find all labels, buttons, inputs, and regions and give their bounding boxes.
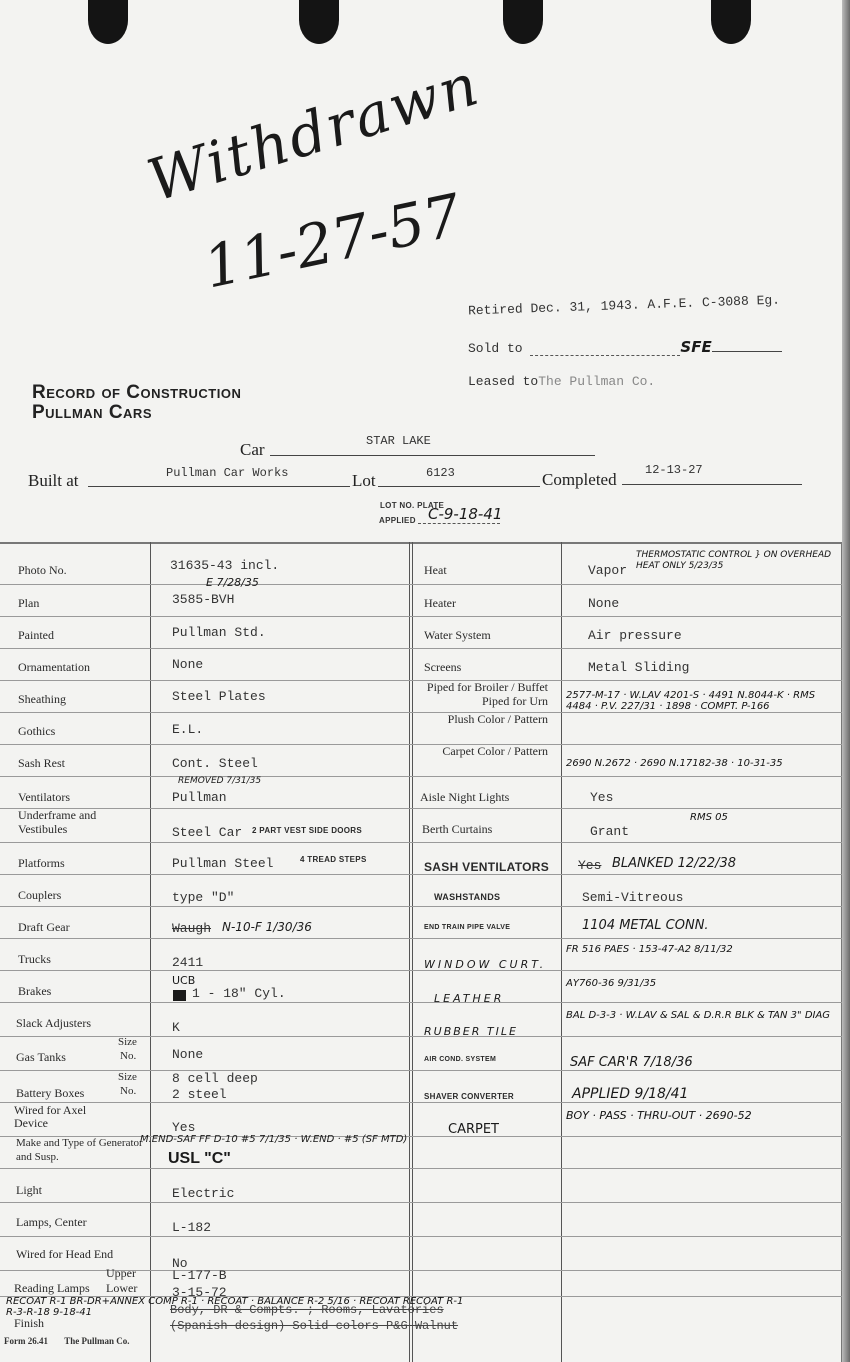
label-painted: Painted xyxy=(18,628,54,643)
value-brakes: 1 - 18" Cyl. xyxy=(192,986,286,1001)
label-underframe: Underframe and Vestibules xyxy=(18,808,138,836)
label-berth-curtains: Berth Curtains xyxy=(422,822,492,837)
label-carpet-2: CARPET xyxy=(448,1122,499,1137)
value-platforms: Pullman Steel xyxy=(172,856,273,871)
label-slack-adjusters: Slack Adjusters xyxy=(16,1016,91,1031)
label-leather: LEATHER xyxy=(434,992,504,1005)
note-sash-ventilators: BLANKED 12/22/38 xyxy=(612,856,736,871)
label-gas-tanks: Gas Tanks xyxy=(16,1050,66,1065)
lot-plate-value: C-9-18-41 xyxy=(428,505,502,523)
retired-line: Retired Dec. 31, 1943. A.F.E. C-3088 Eg. xyxy=(468,293,780,319)
label-carpet: Carpet Color / Pattern xyxy=(418,744,548,758)
label-rubber-tile: RUBBER TILE xyxy=(424,1025,518,1038)
form-footer: Form 26.41 The Pullman Co. xyxy=(4,1336,130,1346)
label-ornamentation: Ornamentation xyxy=(18,660,90,675)
label-lamps-center: Lamps, Center xyxy=(16,1215,87,1230)
value-photo-no: 31635-43 incl. xyxy=(170,558,279,573)
value-water-system: Air pressure xyxy=(588,628,682,643)
redacted-block xyxy=(173,990,186,1001)
label-trucks: Trucks xyxy=(18,952,51,967)
note-window-curt: FR 516 PAES · 153-47-A2 8/11/32 xyxy=(566,944,838,955)
value-couplers: type "D" xyxy=(172,890,234,905)
lot-value: 6123 xyxy=(426,466,455,480)
label-heat: Heat xyxy=(424,563,447,578)
note-draft-gear: N-10-F 1/30/36 xyxy=(222,920,312,934)
built-at-value: Pullman Car Works xyxy=(166,466,288,480)
note-leather: AY760-36 9/31/35 xyxy=(566,978,838,989)
label-broiler-urn: Piped for Broiler / Buffet Piped for Urn xyxy=(418,680,548,708)
record-card: Withdrawn 11-27-57 Retired Dec. 31, 1943… xyxy=(0,0,842,1362)
label-end-train-pipe: END TRAIN PIPE VALVE xyxy=(424,924,510,931)
value-light: Electric xyxy=(172,1186,234,1201)
value-trucks: 2411 xyxy=(172,955,203,970)
value-draft-gear: Waugh xyxy=(172,921,211,936)
value-gothics: E.L. xyxy=(172,722,203,737)
label-light: Light xyxy=(16,1183,42,1198)
label-screens: Screens xyxy=(424,660,461,675)
value-lamps-center: L-182 xyxy=(172,1220,211,1235)
value-aisle-lights: Yes xyxy=(590,790,613,805)
note-heat: THERMOSTATIC CONTROL } ON OVERHEAD HEAT … xyxy=(636,550,836,572)
label-sash-rest: Sash Rest xyxy=(18,756,65,771)
label-aisle-lights: Aisle Night Lights xyxy=(420,790,509,805)
value-gas-tanks: None xyxy=(172,1047,203,1062)
binder-hole xyxy=(299,0,339,44)
label-brakes: Brakes xyxy=(18,984,51,999)
value-berth-curtains: Grant xyxy=(590,824,629,839)
note-platforms: 4 TREAD STEPS xyxy=(300,855,367,864)
value-battery-no: 2 steel xyxy=(172,1087,227,1102)
value-heater: None xyxy=(588,596,619,611)
applied-label: APPLIED xyxy=(379,516,416,525)
note-shaver-converter: APPLIED 9/18/41 xyxy=(572,1086,688,1102)
page-title: Record of Construction Pullman Cars xyxy=(32,383,241,423)
label-draft-gear: Draft Gear xyxy=(18,920,70,935)
note-berth-curtains: RMS 05 xyxy=(690,812,728,823)
label-lower: Lower xyxy=(106,1281,137,1296)
value-underframe: Steel Car xyxy=(172,825,242,840)
note-finish: RECOAT R-1 BR-DR+ANNEX COMP R-1 · RECOAT… xyxy=(6,1296,466,1318)
label-platforms: Platforms xyxy=(18,856,65,871)
label-head-end: Wired for Head End xyxy=(16,1247,113,1262)
value-screens: Metal Sliding xyxy=(588,660,689,675)
note-carpet-2: BOY · PASS · THRU-OUT · 2690-52 xyxy=(566,1108,838,1124)
label-gothics: Gothics xyxy=(18,724,55,739)
label-shaver-converter: SHAVER CONVERTER xyxy=(424,1092,514,1101)
value-ventilators: Pullman xyxy=(172,790,227,805)
binder-hole xyxy=(711,0,751,44)
label-couplers: Couplers xyxy=(18,888,61,903)
sold-to-line: Sold to SFE xyxy=(468,338,782,356)
value-battery-size: 8 cell deep xyxy=(172,1071,258,1086)
note-carpet: 2690 N.2672 · 2690 N.17182-38 · 10-31-35 xyxy=(566,758,838,769)
label-air-cond: AIR COND. SYSTEM xyxy=(424,1056,496,1063)
note-rubber-tile: BAL D-3-3 · W.LAV & SAL & D.R.R BLK & TA… xyxy=(566,1010,838,1021)
label-plan: Plan xyxy=(18,596,39,611)
value-sash-rest: Cont. Steel xyxy=(172,756,258,771)
binder-hole xyxy=(503,0,543,44)
label-heater: Heater xyxy=(424,596,456,611)
built-at-label: Built at xyxy=(28,471,79,491)
note-ventilators: REMOVED 7/31/35 xyxy=(178,776,261,786)
label-upper: Upper xyxy=(106,1266,136,1281)
sold-to-value: SFE xyxy=(680,338,711,356)
binder-hole xyxy=(88,0,128,44)
label-sheathing: Sheathing xyxy=(18,692,66,707)
car-value: STAR LAKE xyxy=(366,434,431,448)
car-label: Car xyxy=(240,440,265,460)
value-sheathing: Steel Plates xyxy=(172,689,266,704)
label-washstands: WASHSTANDS xyxy=(434,892,500,902)
note-underframe: 2 PART VEST SIDE DOORS xyxy=(252,826,362,835)
label-battery-boxes: Battery Boxes xyxy=(16,1086,84,1101)
leased-to-line: Leased toThe Pullman Co. xyxy=(468,374,655,389)
note-plush: 2577-M-17 · W.LAV 4201-S · 4491 N.8044-K… xyxy=(566,690,838,712)
value-generator: USL "C" xyxy=(168,1150,231,1168)
company-name: The Pullman Co. xyxy=(64,1336,129,1346)
completed-label: Completed xyxy=(542,470,617,490)
lot-label: Lot xyxy=(352,471,376,491)
label-window-curt: WINDOW CURT. xyxy=(424,958,546,971)
label-generator: Make and Type of Generator and Susp. xyxy=(16,1136,151,1164)
label-sash-ventilators: SASH VENTILATORS xyxy=(424,860,549,874)
label-water-system: Water System xyxy=(424,628,491,643)
value-upper: L-177-B xyxy=(172,1268,227,1283)
form-number: Form 26.41 xyxy=(4,1336,48,1346)
label-reading-lamps: Reading Lamps xyxy=(14,1281,90,1296)
value-sash-ventilators: Yes xyxy=(578,858,601,873)
label-ventilators: Ventilators xyxy=(18,790,70,805)
value-painted: Pullman Std. xyxy=(172,625,266,640)
leased-to-value: The Pullman Co. xyxy=(538,374,655,389)
value-plan: 3585-BVH xyxy=(172,592,234,607)
leased-to-label: Leased to xyxy=(468,374,538,389)
label-finish: Finish xyxy=(14,1316,44,1331)
note-end-train-pipe: 1104 METAL CONN. xyxy=(582,918,709,933)
value-ornamentation: None xyxy=(172,657,203,672)
value-washstands: Semi-Vitreous xyxy=(582,890,683,905)
label-axle-device: Wired for Axel Device xyxy=(14,1104,114,1130)
value-axle-device: Yes xyxy=(172,1120,195,1135)
value-heat: Vapor xyxy=(588,563,627,578)
note-air-cond: SAF CAR'R 7/18/36 xyxy=(570,1055,693,1070)
note-generator: M.END-SAF FF D-10 #5 7/1/35 · W.END · #5… xyxy=(140,1134,407,1145)
label-plush: Plush Color / Pattern xyxy=(418,712,548,726)
sold-to-label: Sold to xyxy=(468,341,523,356)
withdrawn-date: 11-27-57 xyxy=(198,181,467,302)
value-slack-adjusters: K xyxy=(172,1020,180,1035)
completed-value: 12-13-27 xyxy=(645,463,703,477)
label-photo-no: Photo No. xyxy=(18,563,67,578)
note-plan: E 7/28/35 xyxy=(206,576,259,589)
